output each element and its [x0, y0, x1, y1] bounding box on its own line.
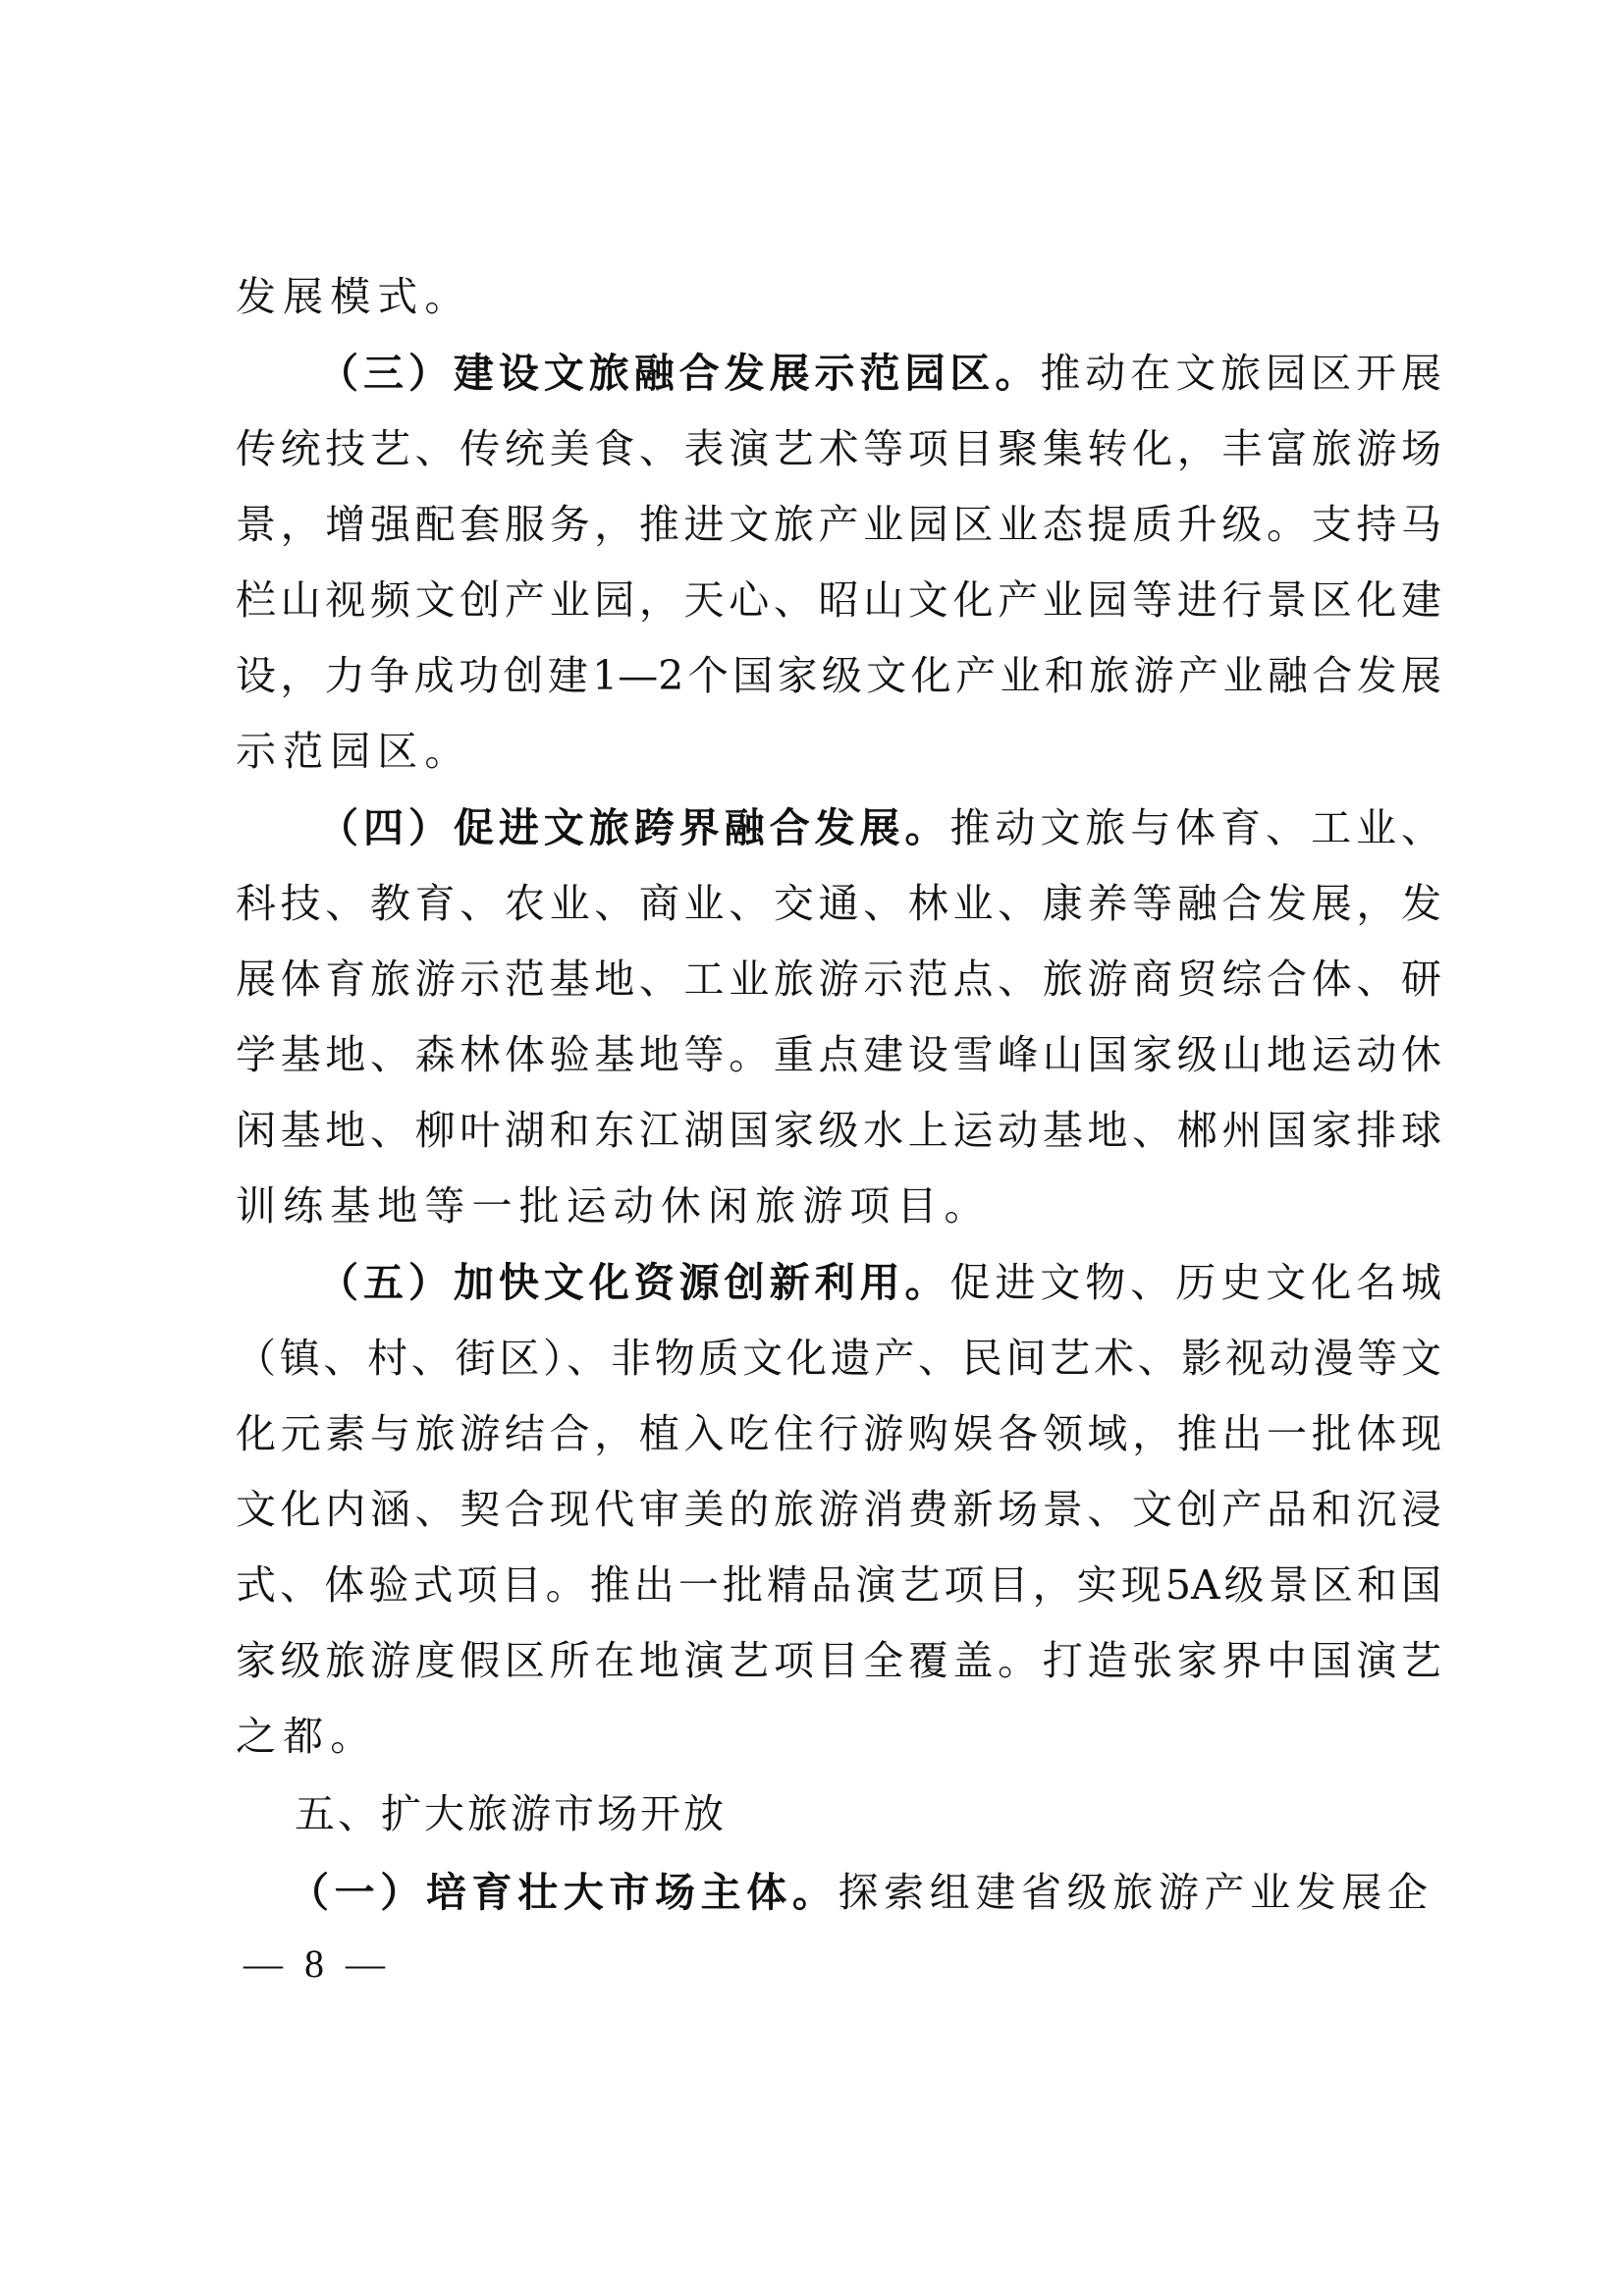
paragraph-4-line: 训练基地等一批运动休闲旅游项目。 — [236, 1176, 1441, 1235]
paragraph-3-heading: （三）建设文旅融合发展示范园区。 — [318, 350, 1040, 397]
paragraph-3-line: 设，力争成功创建1—2个国家级文化产业和旅游产业融合发展 — [236, 646, 1441, 705]
paragraph-5-heading: （五）加快文化资源创新利用。 — [318, 1259, 949, 1306]
paragraph-3-line: 景，增强配套服务，推进文旅产业园区业态提质升级。支持马 — [236, 495, 1441, 554]
page-number: — 8 — — [243, 1940, 391, 1989]
paragraph-5-line: 家级旅游度假区所在地演艺项目全覆盖。打造张家界中国演艺 — [236, 1631, 1441, 1690]
paragraph-5-1-first-line: （一）培育壮大市场主体。探索组建省级旅游产业发展企 — [289, 1863, 1428, 1922]
paragraph-3-text: 推动在文旅园区开展 — [1040, 350, 1441, 397]
paragraph-5-line: 式、体验式项目。推出一批精品演艺项目，实现5A级景区和国 — [236, 1556, 1441, 1614]
paragraph-4-heading: （四）促进文旅跨界融合发展。 — [318, 804, 949, 851]
paragraph-5-first-line: （五）加快文化资源创新利用。促进文物、历史文化名城 — [318, 1253, 1441, 1312]
paragraph-5-1-text: 探索组建省级旅游产业发展企 — [839, 1869, 1429, 1916]
paragraph-5-line: 文化内涵、契合现代审美的旅游消费新场景、文创产品和沉浸 — [236, 1480, 1441, 1539]
paragraph-5-line: 之都。 — [236, 1707, 1441, 1766]
paragraph-3-line: 栏山视频文创产业园，天心、昭山文化产业园等进行景区化建 — [236, 571, 1441, 629]
paragraph-4-first-line: （四）促进文旅跨界融合发展。推动文旅与体育、工业、 — [318, 798, 1441, 857]
paragraph-3-first-line: （三）建设文旅融合发展示范园区。推动在文旅园区开展 — [318, 344, 1441, 403]
paragraph-4-line: 展体育旅游示范基地、工业旅游示范点、旅游商贸综合体、研 — [236, 950, 1441, 1009]
paragraph-continuation-line: 发展模式。 — [236, 267, 1441, 326]
paragraph-4-line: 学基地、森林体验基地等。重点建设雪峰山国家级山地运动休 — [236, 1025, 1441, 1084]
paragraph-5-line: （镇、村、街区）、非物质文化遗产、民间艺术、影视动漫等文 — [236, 1329, 1441, 1388]
paragraph-5-text: 促进文物、历史文化名城 — [949, 1259, 1441, 1306]
paragraph-4-line: 闲基地、柳叶湖和东江湖国家级水上运动基地、郴州国家排球 — [236, 1101, 1441, 1160]
paragraph-4-text: 推动文旅与体育、工业、 — [949, 804, 1441, 851]
paragraph-3-line: 传统技艺、传统美食、表演艺术等项目聚集转化，丰富旅游场 — [236, 419, 1441, 478]
paragraph-4-line: 科技、教育、农业、商业、交通、林业、康养等融合发展，发 — [236, 874, 1441, 933]
section-heading: 五、扩大旅游市场开放 — [295, 1784, 1418, 1843]
paragraph-5-line: 化元素与旅游结合，植入吃住行游购娱各领域，推出一批体现 — [236, 1404, 1441, 1463]
paragraph-5-1-heading: （一）培育壮大市场主体。 — [289, 1869, 839, 1916]
paragraph-3-line: 示范园区。 — [236, 722, 1441, 781]
document-page: 发展模式。 （三）建设文旅融合发展示范园区。推动在文旅园区开展 传统技艺、传统美… — [0, 0, 1623, 2296]
